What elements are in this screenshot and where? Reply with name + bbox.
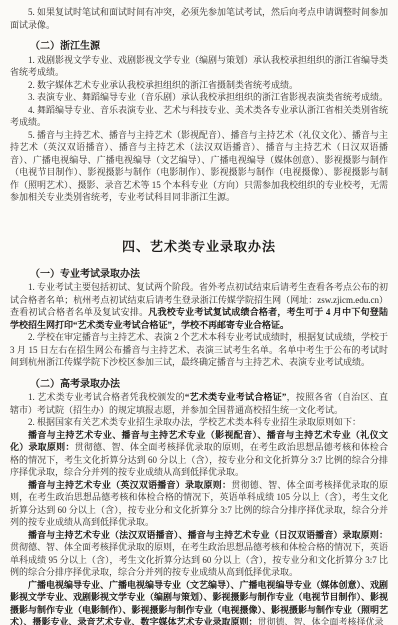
text-run: 5. 播音与主持艺术、播音与主持艺术（影视配音）、播音与主持艺术（礼仪文化）、播…: [10, 130, 388, 203]
text-run: 2. 数字媒体艺术专业承认我校承担组织的浙江省摄制类省统考成绩。: [28, 80, 298, 90]
text-run: 4. 舞蹈编导专业、音乐表演专业、艺术与科技专业、美术类各专业承认浙江省相关类别…: [10, 105, 388, 128]
paragraph: 2. 根据国家有关艺术类专业招生录取办法，学校艺术类本科专业招生录取原则如下：: [10, 416, 388, 429]
paragraph: 播音与主持艺术专业、播音与主持艺术专业（影视配音）、播音与主持艺术专业（礼仪文化…: [10, 429, 388, 479]
paragraph: 播音与主持艺术专业（英汉双语播音）录取原则：贯彻德、智、体全面考核择优录取的原则…: [10, 479, 388, 529]
text-run: 2. 根据国家有关艺术类专业招生录取办法，学校艺术类本科专业招生录取原则如下：: [28, 417, 361, 427]
text-run: 播音与主持艺术专业（英汉双语播音）录取原则：: [28, 480, 231, 490]
paragraph: 广播电视编导专业、广播电视编导专业（文艺编导）、广播电视编导专业（媒体创意）、戏…: [10, 579, 388, 625]
paragraph: 4. 舞蹈编导专业、音乐表演专业、艺术与科技专业、美术类各专业承认浙江省相关类别…: [10, 104, 388, 129]
paragraph: 2. 数字媒体艺术专业承认我校承担组织的浙江省摄制类省统考成绩。: [10, 79, 388, 92]
text-run: （一）专业考试录取办法: [30, 269, 140, 280]
text-run: 四、艺术类专业录取办法: [122, 239, 276, 254]
paragraph: 5. 如果复试时笔试和面试时间有冲突，必须先参加笔试考试，然后向考点申请调整时间…: [10, 6, 388, 31]
paragraph: 1. 艺术类专业考试合格者凭我校颁发的“艺术类专业考试合格证”，按照各省（自治区…: [10, 391, 388, 416]
section-title: 四、艺术类专业录取办法: [10, 238, 388, 255]
text-run: 3. 表演专业、舞蹈编导专业（音乐剧）承认我校承担组织的浙江省影视表演类省统考成…: [28, 92, 388, 102]
document-body: 5. 如果复试时笔试和面试时间有冲突，必须先参加笔试考试，然后向考点申请调整时间…: [10, 6, 388, 625]
paragraph: 1. 专业考试主要包括初试、复试两个阶段。省外考点初试结束后请考生查看各考点公布…: [10, 281, 388, 331]
text-run: 5. 如果复试时笔试和面试时间有冲突，必须先参加笔试考试，然后向考点申请调整时间…: [10, 7, 388, 30]
sub-heading: （二）浙江生源: [10, 40, 388, 54]
text-run: 贯彻德、智、体全面考核择优录: [258, 617, 384, 625]
text-run: 2. 学校在审定播音与主持艺术、表演 2 个艺术本科专业考试成绩时，根据复试成绩…: [10, 332, 388, 367]
text-run: （二）高考录取办法: [30, 379, 120, 390]
sub-heading: （一）专业考试录取办法: [10, 268, 388, 282]
paragraph: 3. 表演专业、舞蹈编导专业（音乐剧）承认我校承担组织的浙江省影视表演类省统考成…: [10, 91, 388, 104]
paragraph: 播音与主持艺术专业（法汉双语播音）、播音与主持艺术专业（日汉双语播音）录取原则：…: [10, 529, 388, 579]
text-run: 播音与主持艺术专业（法汉双语播音）、播音与主持艺术专业（日汉双语播音）录取原则：: [28, 530, 388, 540]
paragraph: 1. 戏剧影视文学专业、戏剧影视文学专业（编剧与策划）承认我校承担组织的浙江省编…: [10, 54, 388, 79]
text-run: 1. 戏剧影视文学专业、戏剧影视文学专业（编剧与策划）承认我校承担组织的浙江省编…: [10, 55, 388, 78]
paragraph: 2. 学校在审定播音与主持艺术、表演 2 个艺术本科专业考试成绩时，根据复试成绩…: [10, 331, 388, 369]
sub-heading: （二）高考录取办法: [10, 378, 388, 392]
text-run: “艺术类专业考试合格证”: [185, 392, 287, 402]
text-run: 1. 艺术类专业考试合格者凭我校颁发的: [28, 392, 185, 402]
document-page: 5. 如果复试时笔试和面试时间有冲突，必须先参加笔试考试，然后向考点申请调整时间…: [0, 0, 398, 625]
paragraph: 5. 播音与主持艺术、播音与主持艺术（影视配音）、播音与主持艺术（礼仪文化）、播…: [10, 129, 388, 204]
text-run: 贯彻德、智、体全面考核择优录取的原则，在考生政治思想品德考核和体检合格的情况下，…: [10, 542, 388, 577]
text-run: （二）浙江生源: [30, 41, 100, 52]
